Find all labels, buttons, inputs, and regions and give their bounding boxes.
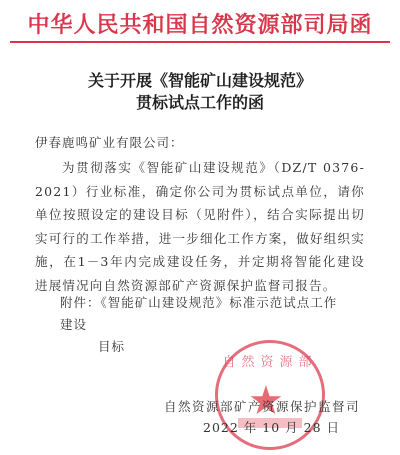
document-title: 关于开展《智能矿山建设规范》 贯标试点工作的函 — [0, 70, 400, 114]
attachment-note: 附件：《智能矿山建设规范》标准示范试点工作建设 目标 — [60, 292, 350, 358]
signer: 自然资源部矿产资源保护监督司 — [164, 397, 360, 415]
letterhead-rule — [10, 41, 390, 43]
body-paragraph: 为贯彻落实《智能矿山建设规范》（DZ/T 0376-2021）行业标准，确定你公… — [35, 156, 365, 297]
document-title-line-2: 贯标试点工作的函 — [0, 92, 400, 114]
attachment-label: 附件： — [60, 295, 101, 310]
seal-text: 自然资源部 — [218, 351, 322, 370]
date: 2022 年 10 月 28 日 — [203, 418, 340, 436]
salutation: 伊春鹿鸣矿业有限公司： — [35, 133, 184, 151]
attachment-text-line-1: 《智能矿山建设规范》标准示范试点工作建设 — [60, 295, 337, 332]
letterhead-title: 中华人民共和国自然资源部司局函 — [0, 8, 400, 39]
document-title-line-1: 关于开展《智能矿山建设规范》 — [0, 70, 400, 92]
